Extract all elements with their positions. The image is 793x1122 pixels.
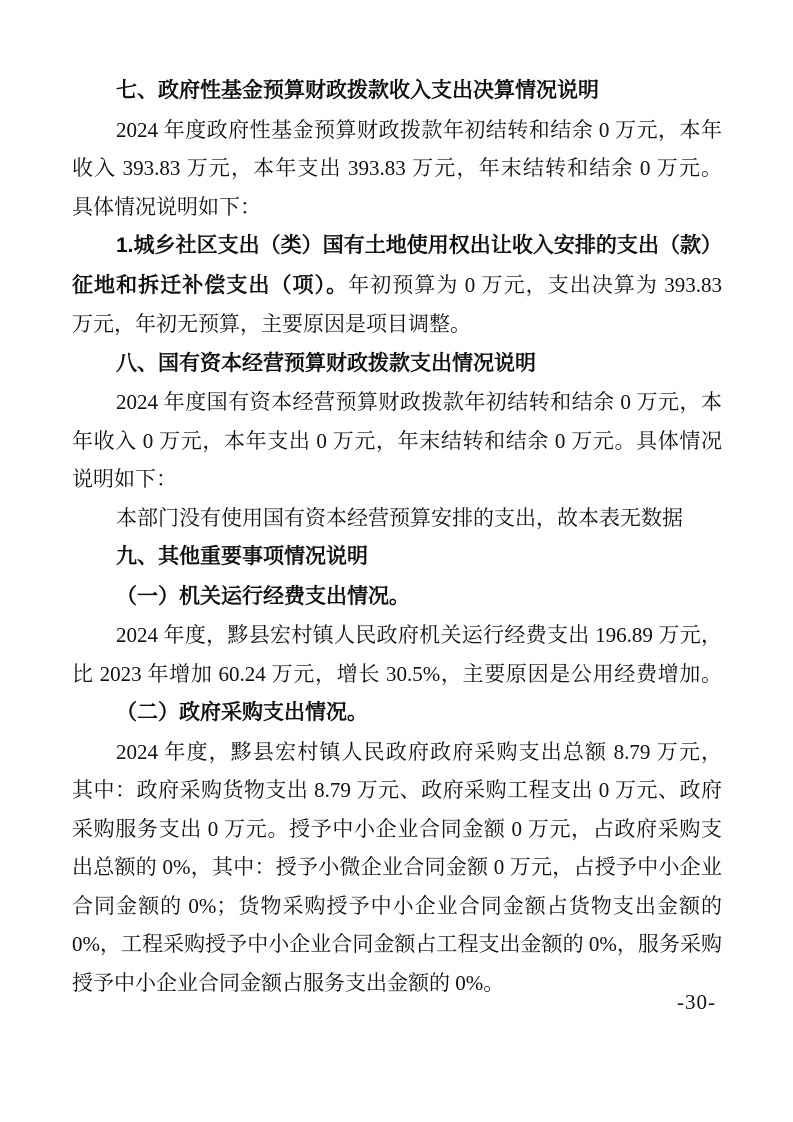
- text-line: 年收入 0 万元，本年支出 0 万元，年末结转和结余 0 万元。具体情况: [72, 422, 722, 461]
- text-line: （一）机关运行经费支出情况。: [72, 577, 722, 617]
- text-segment: 年收入 0 万元，本年支出 0 万元，年末结转和结余 0 万元。具体情况: [72, 429, 722, 453]
- text-line: 收入 393.83 万元，本年支出 393.83 万元，年末结转和结余 0 万元…: [72, 149, 722, 188]
- text-segment-bold: （一）机关运行经费支出情况。: [116, 585, 410, 608]
- text-line: 七、政府性基金预算财政拨款收入支出决算情况说明: [72, 71, 722, 111]
- text-segment: 比 2023 年增加 60.24 万元，增长 30.5%，主要原因是公用经费增加…: [72, 662, 722, 686]
- text-segment: 说明如下：: [72, 467, 177, 491]
- text-segment-bold: 九、其他重要事项情况说明: [116, 545, 368, 568]
- text-segment: 授予中小企业合同金额占服务支出金额的 0%。: [72, 971, 504, 995]
- text-line: 授予中小企业合同金额占服务支出金额的 0%。: [72, 964, 722, 1003]
- document-body: 七、政府性基金预算财政拨款收入支出决算情况说明2024 年度政府性基金预算财政拨…: [72, 71, 722, 1002]
- text-segment: 年初预算为 0 万元，支出决算为 393.83: [348, 273, 722, 297]
- text-line: 征地和拆迁补偿支出（项）。年初预算为 0 万元，支出决算为 393.83: [72, 266, 722, 306]
- text-line: 九、其他重要事项情况说明: [72, 537, 722, 577]
- text-segment: 2024 年度，黟县宏村镇人民政府政府采购支出总额 8.79 万元，: [116, 740, 722, 764]
- text-line: 2024 年度，黟县宏村镇人民政府政府采购支出总额 8.79 万元，: [72, 733, 722, 772]
- text-segment-bold: 七、政府性基金预算财政拨款收入支出决算情况说明: [116, 79, 599, 102]
- text-segment: 2024 年度政府性基金预算财政拨款年初结转和结余 0 万元，本年: [116, 118, 722, 142]
- text-line: 合同金额的 0%；货物采购授予中小企业合同金额占货物支出金额的: [72, 887, 722, 926]
- text-line: （二）政府采购支出情况。: [72, 693, 722, 733]
- text-segment: 本部门没有使用国有资本经营预算安排的支出，故本表无数据: [116, 506, 683, 530]
- text-segment-bold: （二）政府采购支出情况。: [116, 701, 368, 724]
- text-line: 采购服务支出 0 万元。授予中小企业合同金额 0 万元，占政府采购支: [72, 810, 722, 849]
- text-line: 万元，年初无预算，主要原因是项目调整。: [72, 305, 722, 344]
- text-line: 具体情况说明如下：: [72, 188, 722, 227]
- text-segment: 采购服务支出 0 万元。授予中小企业合同金额 0 万元，占政府采购支: [72, 817, 722, 841]
- text-segment: 万元，年初无预算，主要原因是项目调整。: [72, 312, 471, 336]
- text-line: 出总额的 0%，其中：授予小微企业合同金额 0 万元，占授予中小企业: [72, 848, 722, 887]
- document-page: 七、政府性基金预算财政拨款收入支出决算情况说明2024 年度政府性基金预算财政拨…: [0, 0, 793, 1122]
- text-segment-bold: 1.城乡社区支出（类）国有土地使用权出让收入安排的支出（款）: [116, 234, 722, 257]
- page-number: -30-: [677, 990, 716, 1014]
- text-line: 说明如下：: [72, 460, 722, 499]
- text-segment: 出总额的 0%，其中：授予小微企业合同金额 0 万元，占授予中小企业: [72, 855, 722, 879]
- text-line: 2024 年度政府性基金预算财政拨款年初结转和结余 0 万元，本年: [72, 111, 722, 150]
- text-segment: 2024 年度，黟县宏村镇人民政府机关运行经费支出 196.89 万元，: [116, 623, 722, 647]
- text-line: 2024 年度，黟县宏村镇人民政府机关运行经费支出 196.89 万元，: [72, 616, 722, 655]
- text-line: 本部门没有使用国有资本经营预算安排的支出，故本表无数据: [72, 499, 722, 538]
- text-line: 2024 年度国有资本经营预算财政拨款年初结转和结余 0 万元，本: [72, 383, 722, 422]
- text-line: 其中：政府采购货物支出 8.79 万元、政府采购工程支出 0 万元、政府: [72, 771, 722, 810]
- text-segment-bold: 八、国有资本经营预算财政拨款支出情况说明: [116, 352, 536, 375]
- text-line: 比 2023 年增加 60.24 万元，增长 30.5%，主要原因是公用经费增加…: [72, 655, 722, 694]
- text-line: 1.城乡社区支出（类）国有土地使用权出让收入安排的支出（款）: [72, 226, 722, 266]
- text-line: 八、国有资本经营预算财政拨款支出情况说明: [72, 344, 722, 384]
- text-segment-bold: 征地和拆迁补偿支出（项）。: [72, 274, 348, 297]
- text-segment: 收入 393.83 万元，本年支出 393.83 万元，年末结转和结余 0 万元…: [72, 156, 722, 180]
- text-segment: 合同金额的 0%；货物采购授予中小企业合同金额占货物支出金额的: [72, 894, 722, 918]
- text-line: 0%，工程采购授予中小企业合同金额占工程支出金额的 0%，服务采购: [72, 925, 722, 964]
- text-segment: 具体情况说明如下：: [72, 195, 261, 219]
- text-segment: 2024 年度国有资本经营预算财政拨款年初结转和结余 0 万元，本: [116, 390, 722, 414]
- text-segment: 0%，工程采购授予中小企业合同金额占工程支出金额的 0%，服务采购: [72, 932, 722, 956]
- text-segment: 其中：政府采购货物支出 8.79 万元、政府采购工程支出 0 万元、政府: [72, 778, 722, 802]
